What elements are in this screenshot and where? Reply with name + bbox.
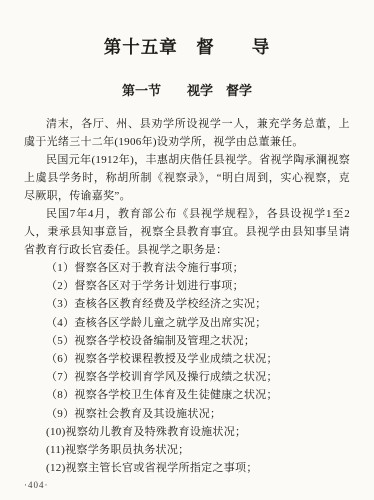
paragraph-1918-regulation: 民国7年4月，教育部公布《县视学规程》，各县设视学1至2人，秉承县知事意旨，视察… [24, 205, 350, 259]
list-item: （7）视察各学校训育学风及操行成绩之状况； [24, 368, 350, 386]
chapter-title: 第十五章 督 导 [24, 30, 350, 59]
list-item: （2）督察各区对于学务计划进行事项； [24, 277, 350, 295]
page-number: ·404· [24, 480, 49, 490]
list-item: （8）视察各学校卫生体育及生徒健康之状况； [24, 386, 350, 404]
list-item: （9）视察社会教育及其设施状况； [24, 405, 350, 423]
body-text: 清末，各厅、州、县劝学所设视学一人，兼充学务总董，上虞于光绪三十二年(1906年… [24, 115, 350, 477]
list-item: （6）视察各学校课程教授及学业成绩之状况； [24, 350, 350, 368]
book-page: 第十五章 督 导 第一节 视学 督学 清末，各厅、州、县劝学所设视学一人，兼充学… [0, 0, 374, 500]
list-item: (12)视察主管长官或省视学所指定之事项； [24, 459, 350, 477]
list-item: （1）督察各区对于教育法令施行事项； [24, 259, 350, 277]
list-item: （4）查核各区学龄儿童之就学及出席实况； [24, 314, 350, 332]
paragraph-1912: 民国元年(1912年)，丰惠胡庆偕任县视学。省视学陶承澜视察上虞县学务时，称胡所… [24, 151, 350, 205]
list-item: （5）视察各学校设备编制及管理之状况； [24, 332, 350, 350]
paragraph-qing-era: 清末，各厅、州、县劝学所设视学一人，兼充学务总董，上虞于光绪三十二年(1906年… [24, 115, 350, 151]
section-title: 第一节 视学 督学 [24, 59, 350, 99]
list-item: (10)视察幼儿教育及特殊教育设施状况； [24, 423, 350, 441]
list-item: (11)视察学务职员执务状况； [24, 441, 350, 459]
list-item: （3）查核各区教育经费及学校经济之实况； [24, 295, 350, 313]
duty-list: （1）督察各区对于教育法令施行事项； （2）督察各区对于学务计划进行事项； （3… [24, 259, 350, 477]
